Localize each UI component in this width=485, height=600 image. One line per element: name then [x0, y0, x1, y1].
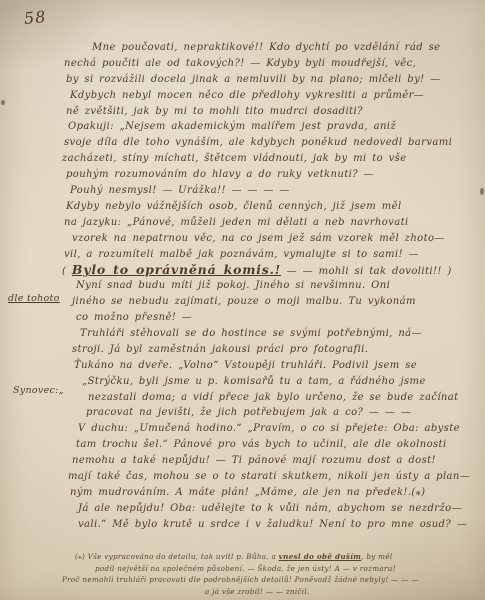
underlined-phrase: Bylo to oprávněná komis.!: [72, 262, 281, 277]
text-line: vzorek na nepatrnou věc, na co jsem jež …: [62, 231, 482, 247]
text-line: tam trochu šel.“ Pánové pro vás bych to …: [62, 437, 482, 453]
text-line: „Strýčku, byli jsme u p. komisařů tu a t…: [62, 374, 482, 390]
text-line: co možno přesně! —: [62, 310, 482, 326]
manuscript-body: Mne poučovati, nepraktikové!! Kdo dychtí…: [62, 40, 482, 533]
text-line: vali.“ Mě bylo krutě u srdce i v žaludku…: [62, 517, 482, 533]
text-line: Já ale nepůjdu! Oba: udělejte to k vůli …: [62, 501, 482, 517]
text-line-emphasized: ( Bylo to oprávněná komis.! — — mohli si…: [62, 262, 482, 278]
text-line: na jazyku: „Pánové, můželi jeden mi děla…: [62, 215, 482, 231]
text-line: Kdybych nebyl mocen něco dle předlohy vy…: [62, 88, 482, 104]
paper-speck: [1, 100, 5, 105]
underlined-phrase: vnesl do obě duším: [279, 552, 362, 561]
text-line: mají také čas, mohou se o to starati sku…: [62, 469, 482, 485]
text-line: Mne poučovati, nepraktikové!! Kdo dychtí…: [62, 40, 482, 56]
text-line: nezastali doma; a vidí přece jak bylo ur…: [62, 390, 482, 406]
text-line: Ťukáno na dveře. „Volno“ Vstoupěji truhl…: [62, 358, 482, 374]
margin-note: Synovec:„: [13, 385, 64, 396]
text-line: zacházeti, stíny míchati, štětcem vládno…: [62, 151, 482, 167]
text-line: pouhým rozumováním do hlavy a do ruky ve…: [62, 167, 482, 183]
text-line: Nyní snad budu míti již pokoj. Jiného si…: [62, 278, 482, 294]
text-line: stroji. Já byl zaměstnán jakousi práci p…: [62, 342, 482, 358]
text-line: ně zvětšiti, jak by mi to mohli tito mud…: [62, 104, 482, 120]
footnote-line: podíl největší na společném působení. — …: [0, 563, 485, 575]
text-line: pracovat na jevišti, že jich potřebujem …: [62, 405, 482, 421]
text-line: svoje díla dle toho vynáším, ale kdybych…: [62, 135, 482, 151]
text-line: Kdyby nebylo vážnějších osob, členů cenn…: [62, 199, 482, 215]
footnote: (⁎) Vše vypracováno do detailu, tak uvít…: [0, 551, 485, 597]
margin-note: dle tohoto: [8, 293, 60, 304]
text-line: nemohu a také nepůjdu! — Ti pánové mají …: [62, 453, 482, 469]
manuscript-page: 58 dle tohoto Synovec:„ Mne poučovati, n…: [0, 0, 485, 600]
footnote-line: Proč nemohli truhláři pracovati dle podr…: [0, 574, 485, 586]
footnote-marker-text: (⁎) Vše vypracováno do detailu, tak uvít…: [75, 552, 279, 561]
text-line: Truhláři stěhovali se do hostince se svý…: [62, 326, 482, 342]
text-line: Pouhý nesmysl! — Urážka!! — — — —: [62, 183, 482, 199]
text-segment: , by měl: [361, 552, 392, 561]
footnote-line: a já vše zrobil! — — zničil.: [0, 586, 485, 598]
footnote-line: (⁎) Vše vypracováno do detailu, tak uvít…: [0, 551, 485, 563]
page-number: 58: [23, 7, 47, 28]
text-segment: (: [62, 266, 72, 277]
text-line: nechá poučiti ale od takových?! — Kdyby …: [62, 56, 482, 72]
text-line: by si rozvážili docela jinak a nemluvili…: [62, 72, 482, 88]
text-line: ným mudrováním. A máte plán! „Máme, ale …: [62, 485, 482, 501]
text-line: vil, a rozumíteli malbě jak poznávám, vy…: [62, 247, 482, 263]
text-line: Opakuji: „Nejsem akademickým malířem jes…: [62, 119, 482, 135]
text-line: jiného se nebudu zajímati, pouze o moji …: [62, 294, 482, 310]
text-line: V duchu: „Umučená hodino.“ „Pravím, o co…: [62, 421, 482, 437]
text-segment: — — mohli si tak dovoliti!! ): [281, 266, 452, 277]
